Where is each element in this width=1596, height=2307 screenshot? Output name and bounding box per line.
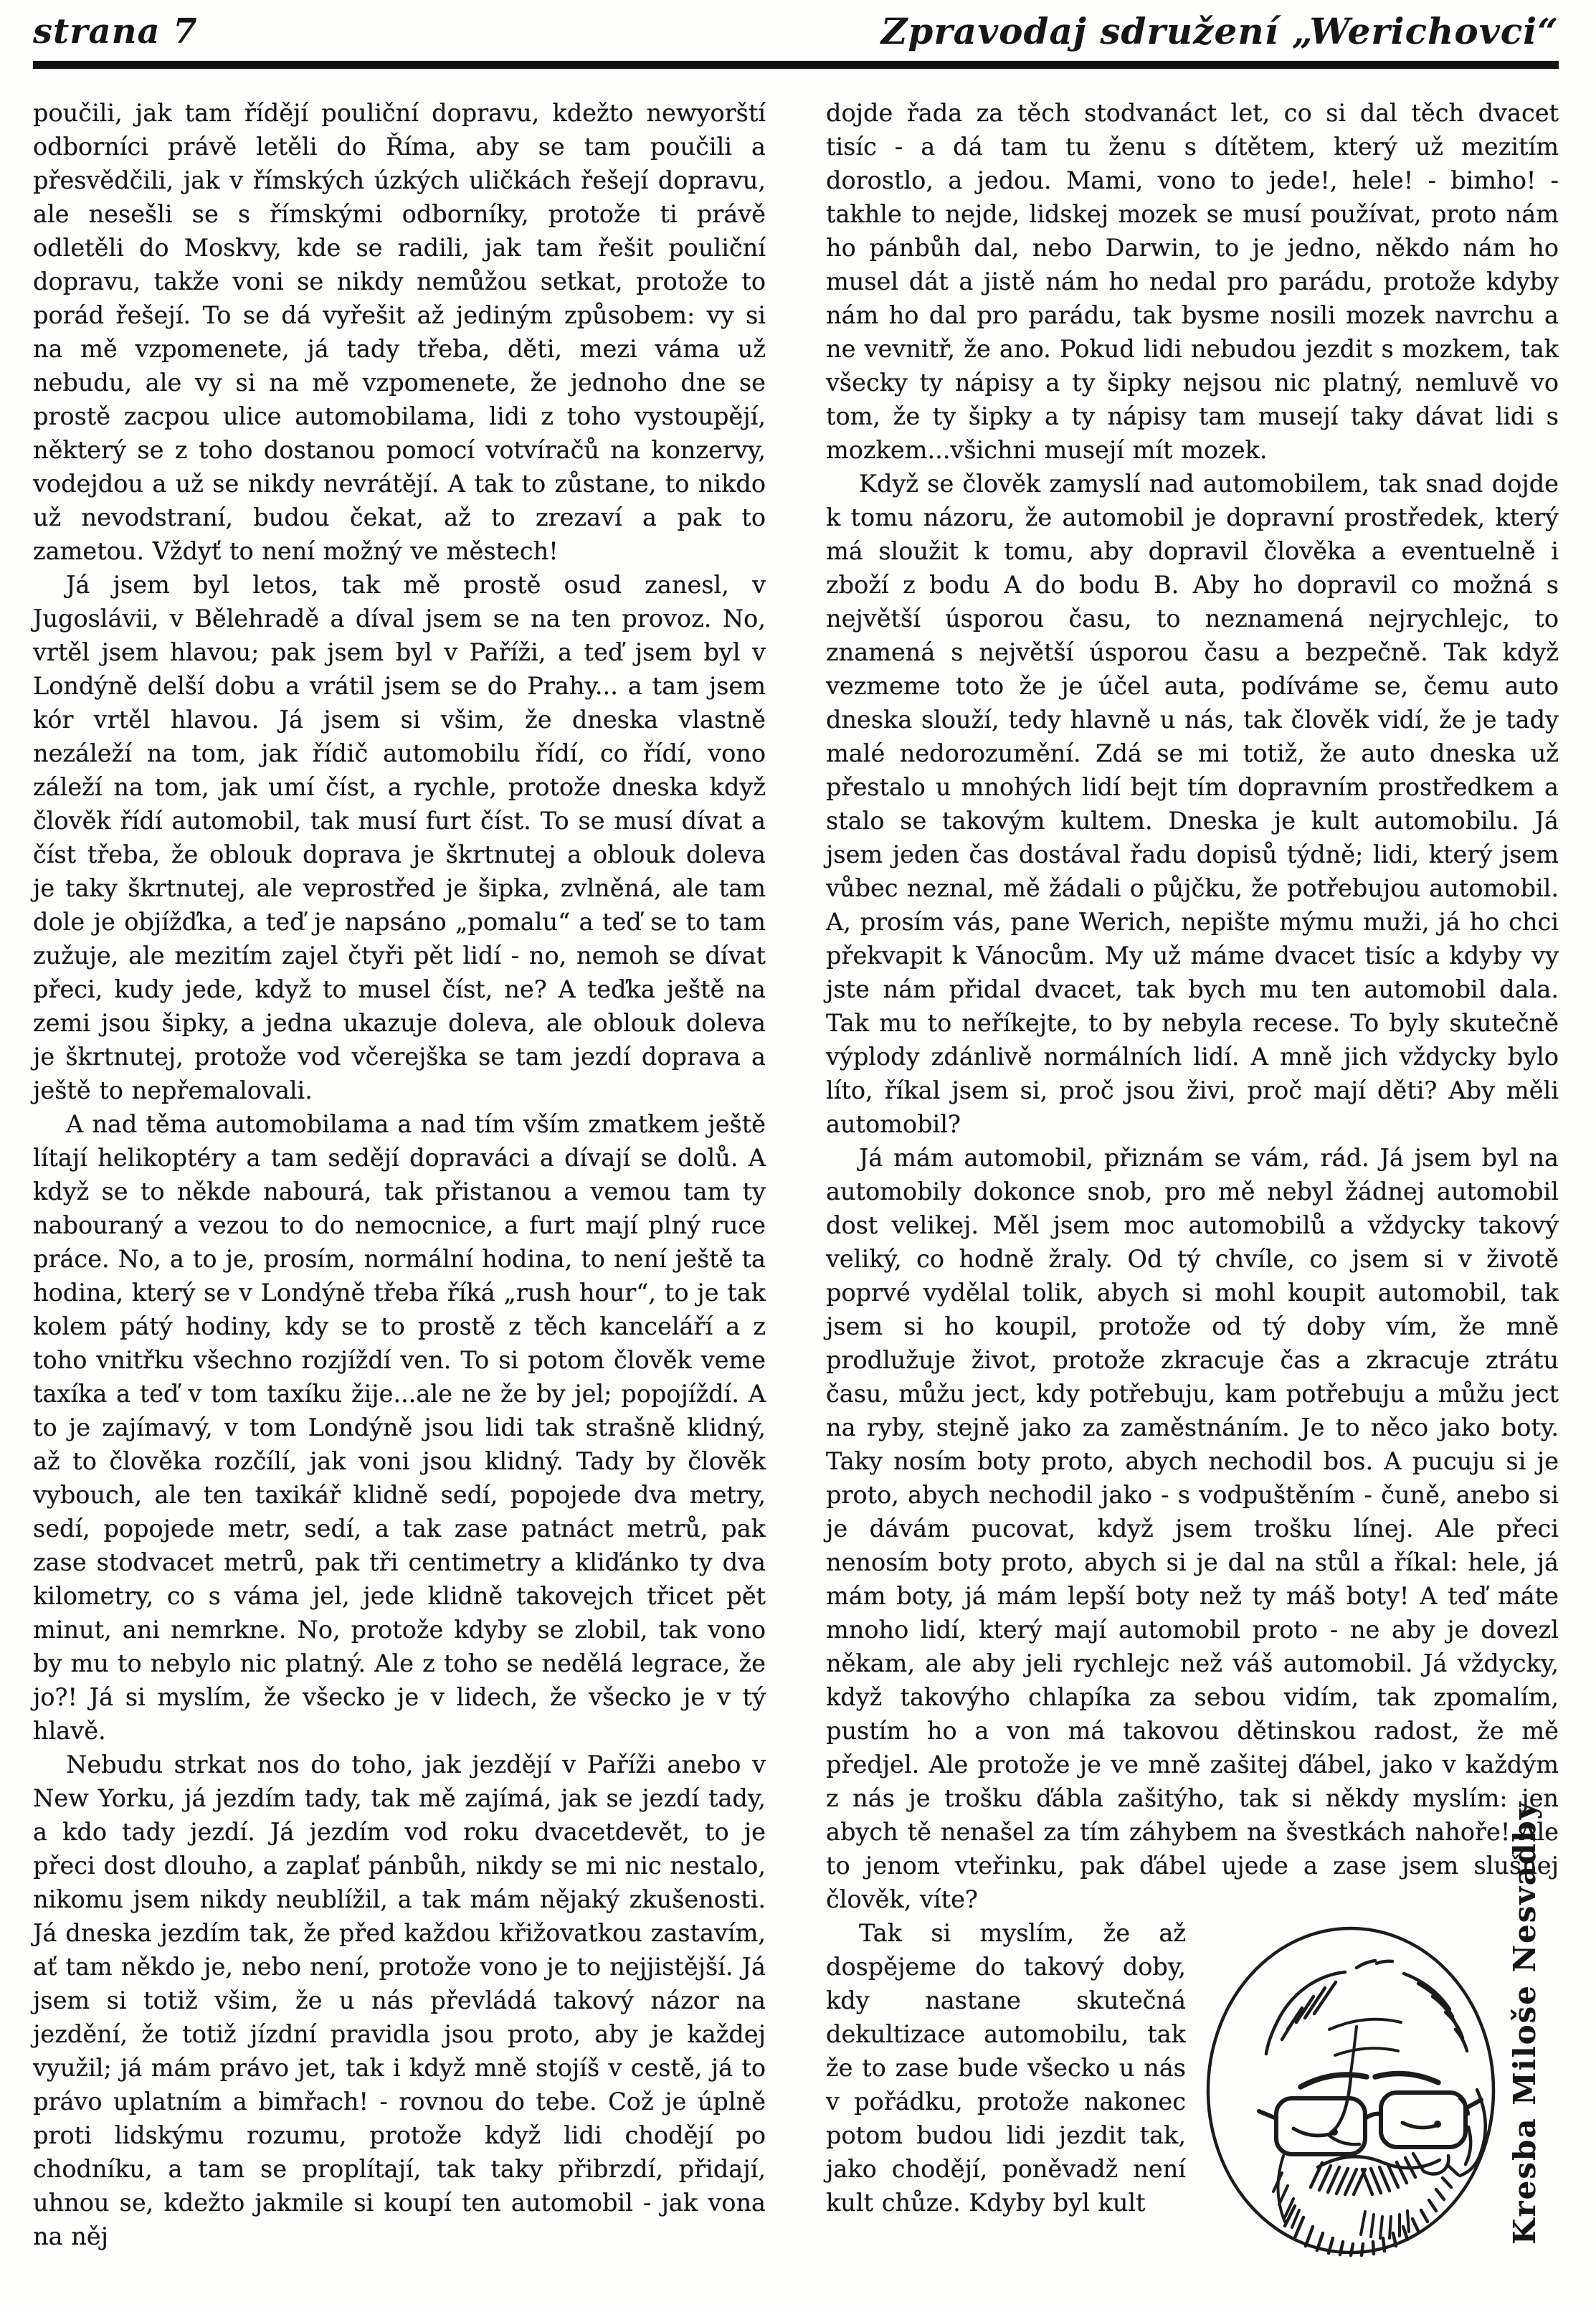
body-paragraph: Když se člověk zamyslí nad automobilem, … — [826, 467, 1559, 1141]
beard-fringe — [1285, 2166, 1458, 2255]
figure-werich-caricature: Kresba Miloše Nesvadby — [1196, 1920, 1559, 2258]
body-paragraph: Já jsem byl letos, tak mě prostě osud za… — [33, 568, 766, 1107]
right-column: dojde řada za těch stodvanáct let, co si… — [826, 96, 1559, 2258]
newsletter-page: strana 7 Zpravodaj sdružení „Werichovci“… — [0, 0, 1596, 2307]
glasses — [1259, 2093, 1481, 2154]
masthead: strana 7 Zpravodaj sdružení „Werichovci“ — [33, 11, 1559, 51]
chin-patch — [1361, 2211, 1409, 2238]
figure-caption: Kresba Miloše Nesvadby — [1507, 1920, 1542, 2245]
newsletter-title: Zpravodaj sdružení „Werichovci“ — [881, 11, 1559, 51]
forehead-wrinkles — [1329, 2019, 1401, 2072]
body-paragraph: poučili, jak tam řídějí pouliční dopravu… — [33, 96, 766, 568]
body-paragraph: dojde řada za těch stodvanáct let, co si… — [826, 96, 1559, 467]
werich-caricature-drawing — [1196, 1920, 1506, 2258]
mustache — [1311, 2154, 1448, 2194]
masthead-rule — [33, 61, 1559, 69]
figure-wrap-block: Kresba Miloše Nesvadby Tak si myslím, že… — [826, 1916, 1559, 2258]
body-paragraph: Nebudu strkat nos do toho, jak jezdějí v… — [33, 1748, 766, 2253]
left-column: poučili, jak tam řídějí pouliční dopravu… — [33, 96, 766, 2258]
cheek-line — [1273, 2156, 1299, 2227]
body-paragraph: Já mám automobil, přiznám se vám, rád. J… — [826, 1141, 1559, 1916]
page-number-label: strana 7 — [33, 13, 198, 51]
body-paragraph: A nad těma automobilama a nad tím vším z… — [33, 1107, 766, 1748]
eyebrows — [1301, 2074, 1438, 2088]
hair-left — [1266, 1961, 1392, 2054]
article-columns: poučili, jak tam řídějí pouliční dopravu… — [33, 96, 1559, 2258]
